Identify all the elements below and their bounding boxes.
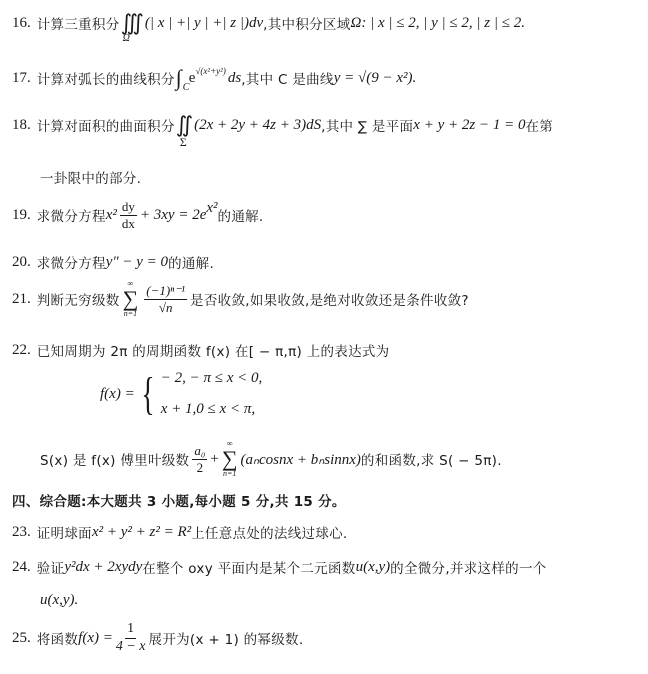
problem-17: 17. 计算对弧长的曲线积分 ∫C e √(x²+y²) ds ,其中 C 是曲… bbox=[12, 67, 416, 89]
problem-text: ,其中 C 是曲线 bbox=[241, 68, 334, 88]
problem-number: 25. bbox=[12, 630, 31, 647]
problem-text: ,其中积分区域 bbox=[263, 13, 350, 33]
summation-symbol: ∞ ∑ n=1 bbox=[123, 280, 139, 318]
derivative-fraction: dy dx bbox=[120, 200, 137, 230]
problem-number: 17. bbox=[12, 70, 31, 87]
triple-integral-symbol: ∭Ω bbox=[121, 12, 144, 34]
cases: − 2, − π ≤ x < 0, x + 1,0 ≤ x < π, bbox=[161, 370, 263, 418]
function-label: f(x) = bbox=[100, 386, 135, 403]
problem-25: 25. 将函数 f(x) = 1 4 − x 展开为(x + 1) 的幂级数. bbox=[12, 622, 303, 654]
problem-text: 的通解. bbox=[168, 252, 214, 272]
surface-integral-symbol: ∬Σ bbox=[176, 114, 193, 136]
problem-text: 在第 bbox=[525, 115, 553, 135]
summation-symbol: ∞ ∑ n=1 bbox=[222, 440, 238, 478]
sphere-equation: x² + y² + z² = R² bbox=[92, 524, 191, 541]
problem-number: 22. bbox=[12, 342, 31, 359]
problem-text: 已知周期为 2π 的周期函数 f(x) 在[ − π,π) 上的表达式为 bbox=[37, 340, 390, 360]
integrand-tail: ds bbox=[228, 70, 241, 87]
problem-text: 计算对面积的曲面积分 bbox=[37, 115, 175, 135]
problem-23: 23. 证明球面 x² + y² + z² = R² 上任意点处的法线过球心. bbox=[12, 522, 348, 542]
problem-text: 证明球面 bbox=[37, 522, 92, 542]
problem-text: 是否收敛,如果收敛,是绝对收敛还是条件收敛? bbox=[190, 289, 469, 309]
problem-21: 21. 判断无穷级数 ∞ ∑ n=1 (−1)ⁿ⁻¹ √n 是否收敛,如果收敛,… bbox=[12, 280, 469, 318]
function-u: u(x,y). bbox=[40, 592, 78, 609]
equation: y″ − y = 0 bbox=[106, 254, 168, 271]
exponent: x² bbox=[206, 200, 217, 217]
problem-number: 19. bbox=[12, 207, 31, 224]
equation-rest: + 3xy = 2e bbox=[140, 207, 206, 224]
differential-expression: y²dx + 2xydy bbox=[64, 559, 142, 576]
problem-text: 验证 bbox=[37, 557, 65, 577]
problem-24-continuation: u(x,y). bbox=[40, 592, 78, 609]
problem-text: 上任意点处的法线过球心. bbox=[191, 522, 347, 542]
curve-equation: y = √(9 − x²). bbox=[334, 70, 417, 87]
problem-16: 16. 计算三重积分 ∭Ω (| x | +| y | +| z |)dv ,其… bbox=[12, 12, 525, 34]
problem-text: 求微分方程 bbox=[37, 252, 106, 272]
problem-number: 21. bbox=[12, 291, 31, 308]
fourier-series-line: S(x) 是 f(x) 傅里叶级数 a₀ 2 + ∞ ∑ n=1 (aₙcosn… bbox=[40, 440, 502, 478]
problem-text: 求微分方程 bbox=[37, 205, 106, 225]
function-u: u(x,y) bbox=[356, 559, 391, 576]
coefficient: x² bbox=[106, 207, 117, 224]
case-1: − 2, − π ≤ x < 0, bbox=[161, 370, 263, 387]
integrand: (2x + 2y + 4z + 3)dS bbox=[194, 117, 321, 134]
left-brace: { bbox=[141, 371, 154, 417]
problem-text: 计算三重积分 bbox=[37, 13, 120, 33]
problem-number: 18. bbox=[12, 117, 31, 134]
case-2: x + 1,0 ≤ x < π, bbox=[161, 401, 263, 418]
problem-24: 24. 验证 y²dx + 2xydy 在整个 oxy 平面内是某个二元函数 u… bbox=[12, 557, 547, 577]
problem-18-continuation: 一卦限中的部分. bbox=[40, 167, 141, 187]
line-integral-symbol: ∫C bbox=[176, 67, 182, 89]
problem-text: 在整个 oxy 平面内是某个二元函数 bbox=[142, 557, 355, 577]
function-fraction: 1 4 − x bbox=[116, 622, 146, 654]
series-term: (aₙcosnx + bₙsinnx) bbox=[241, 450, 361, 469]
section-title: 四、综合题:本大题共 3 小题,每小题 5 分,共 15 分。 bbox=[12, 490, 346, 510]
piecewise-function: f(x) = { − 2, − π ≤ x < 0, x + 1,0 ≤ x <… bbox=[100, 370, 262, 418]
integrand-exponent: √(x²+y²) bbox=[195, 66, 225, 76]
problem-text: 将函数 bbox=[37, 628, 78, 648]
problem-18: 18. 计算对面积的曲面积分 ∬Σ (2x + 2y + 4z + 3)dS ,… bbox=[12, 114, 553, 136]
series-term-fraction: (−1)ⁿ⁻¹ √n bbox=[144, 284, 187, 314]
problem-text: S(x) 是 f(x) 傅里叶级数 bbox=[40, 449, 189, 469]
problem-19: 19. 求微分方程 x² dy dx + 3xy = 2e x² 的通解. bbox=[12, 200, 264, 230]
problem-text: 计算对弧长的曲线积分 bbox=[37, 68, 175, 88]
plane-equation: x + y + 2z − 1 = 0 bbox=[413, 117, 525, 134]
problem-text: ,其中 ∑ 是平面 bbox=[321, 115, 413, 135]
a0-fraction: a₀ 2 bbox=[192, 444, 207, 474]
integrand: (| x | +| y | +| z |)dv bbox=[145, 15, 263, 32]
integrand-base: e bbox=[189, 70, 196, 87]
problem-number: 20. bbox=[12, 254, 31, 271]
problem-number: 16. bbox=[12, 15, 31, 32]
problem-number: 23. bbox=[12, 524, 31, 541]
problem-number: 24. bbox=[12, 559, 31, 576]
problem-text: 一卦限中的部分. bbox=[40, 167, 141, 187]
problem-22: 22. 已知周期为 2π 的周期函数 f(x) 在[ − π,π) 上的表达式为 bbox=[12, 340, 389, 360]
problem-text: 的全微分,并求这样的一个 bbox=[390, 557, 546, 577]
problem-text: 展开为(x + 1) 的幂级数. bbox=[149, 628, 304, 648]
plus-sign: + bbox=[210, 451, 218, 468]
function-label: f(x) = bbox=[78, 630, 113, 647]
problem-text: 的和函数,求 S( − 5π). bbox=[361, 449, 502, 469]
problem-text: 的通解. bbox=[218, 205, 264, 225]
section-heading: 四、综合题:本大题共 3 小题,每小题 5 分,共 15 分。 bbox=[12, 490, 346, 510]
region: Ω: | x | ≤ 2, | y | ≤ 2, | z | ≤ 2. bbox=[351, 15, 525, 32]
problem-20: 20. 求微分方程 y″ − y = 0 的通解. bbox=[12, 252, 214, 272]
problem-text: 判断无穷级数 bbox=[37, 289, 120, 309]
